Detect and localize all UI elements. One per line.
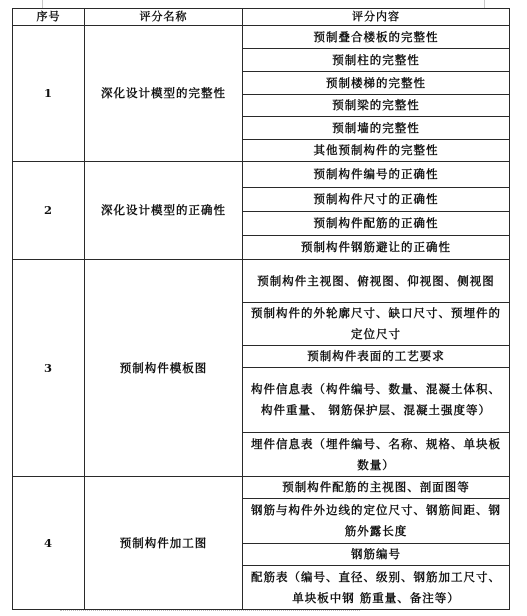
score-item: 预制构件配筋的主视图、剖面图等 (243, 477, 510, 499)
score-item: 预制楼梯的完整性 (243, 72, 510, 95)
page-text-fragment (60, 610, 360, 615)
score-item: 其他预制构件的完整性 (243, 140, 510, 162)
score-item: 钢筋编号 (243, 544, 510, 566)
score-item: 预制梁的完整性 (243, 95, 510, 117)
score-item: 构件信息表（构件编号、数量、混凝土体积、构件重量、 钢筋保护层、混凝土强度等） (243, 368, 510, 433)
score-item: 预制构件配筋的正确性 (243, 212, 510, 236)
score-item: 埋件信息表（埋件编号、名称、规格、单块板数量） (243, 433, 510, 477)
row-score-name: 预制构件模板图 (85, 260, 243, 477)
table-header-row: 序号 评分名称 评分内容 (13, 9, 510, 26)
score-item: 钢筋与构件外边线的定位尺寸、钢筋间距、钢筋外露长度 (243, 499, 510, 544)
row-index: 4 (13, 477, 85, 610)
score-item: 预制构件钢筋避让的正确性 (243, 236, 510, 260)
score-item: 预制构件的外轮廓尺寸、缺口尺寸、预埋件的定位尺寸 (243, 303, 510, 346)
row-index: 3 (13, 260, 85, 477)
table-row: 3 预制构件模板图 预制构件主视图、俯视图、仰视图、侧视图 (13, 260, 510, 303)
score-item: 预制构件表面的工艺要求 (243, 346, 510, 368)
score-item: 预制构件主视图、俯视图、仰视图、侧视图 (243, 260, 510, 303)
score-item: 预制叠合楼板的完整性 (243, 26, 510, 49)
header-score-content: 评分内容 (243, 9, 510, 26)
row-index: 2 (13, 162, 85, 260)
scoring-table: 序号 评分名称 评分内容 1 深化设计模型的完整性 预制叠合楼板的完整性 预制柱… (12, 8, 510, 610)
row-score-name: 预制构件加工图 (85, 477, 243, 610)
table-row: 2 深化设计模型的正确性 预制构件编号的正确性 (13, 162, 510, 188)
table-row: 1 深化设计模型的完整性 预制叠合楼板的完整性 (13, 26, 510, 49)
row-score-name: 深化设计模型的正确性 (85, 162, 243, 260)
score-item: 配筋表（编号、直径、级别、钢筋加工尺寸、单块板中钢 筋重量、备注等） (243, 566, 510, 610)
table-row: 4 预制构件加工图 预制构件配筋的主视图、剖面图等 (13, 477, 510, 499)
header-score-name: 评分名称 (85, 9, 243, 26)
score-item: 预制构件编号的正确性 (243, 162, 510, 188)
row-index: 1 (13, 26, 85, 162)
score-item: 预制墙的完整性 (243, 117, 510, 140)
score-item: 预制构件尺寸的正确性 (243, 188, 510, 212)
row-score-name: 深化设计模型的完整性 (85, 26, 243, 162)
score-item: 预制柱的完整性 (243, 49, 510, 72)
header-index: 序号 (13, 9, 85, 26)
